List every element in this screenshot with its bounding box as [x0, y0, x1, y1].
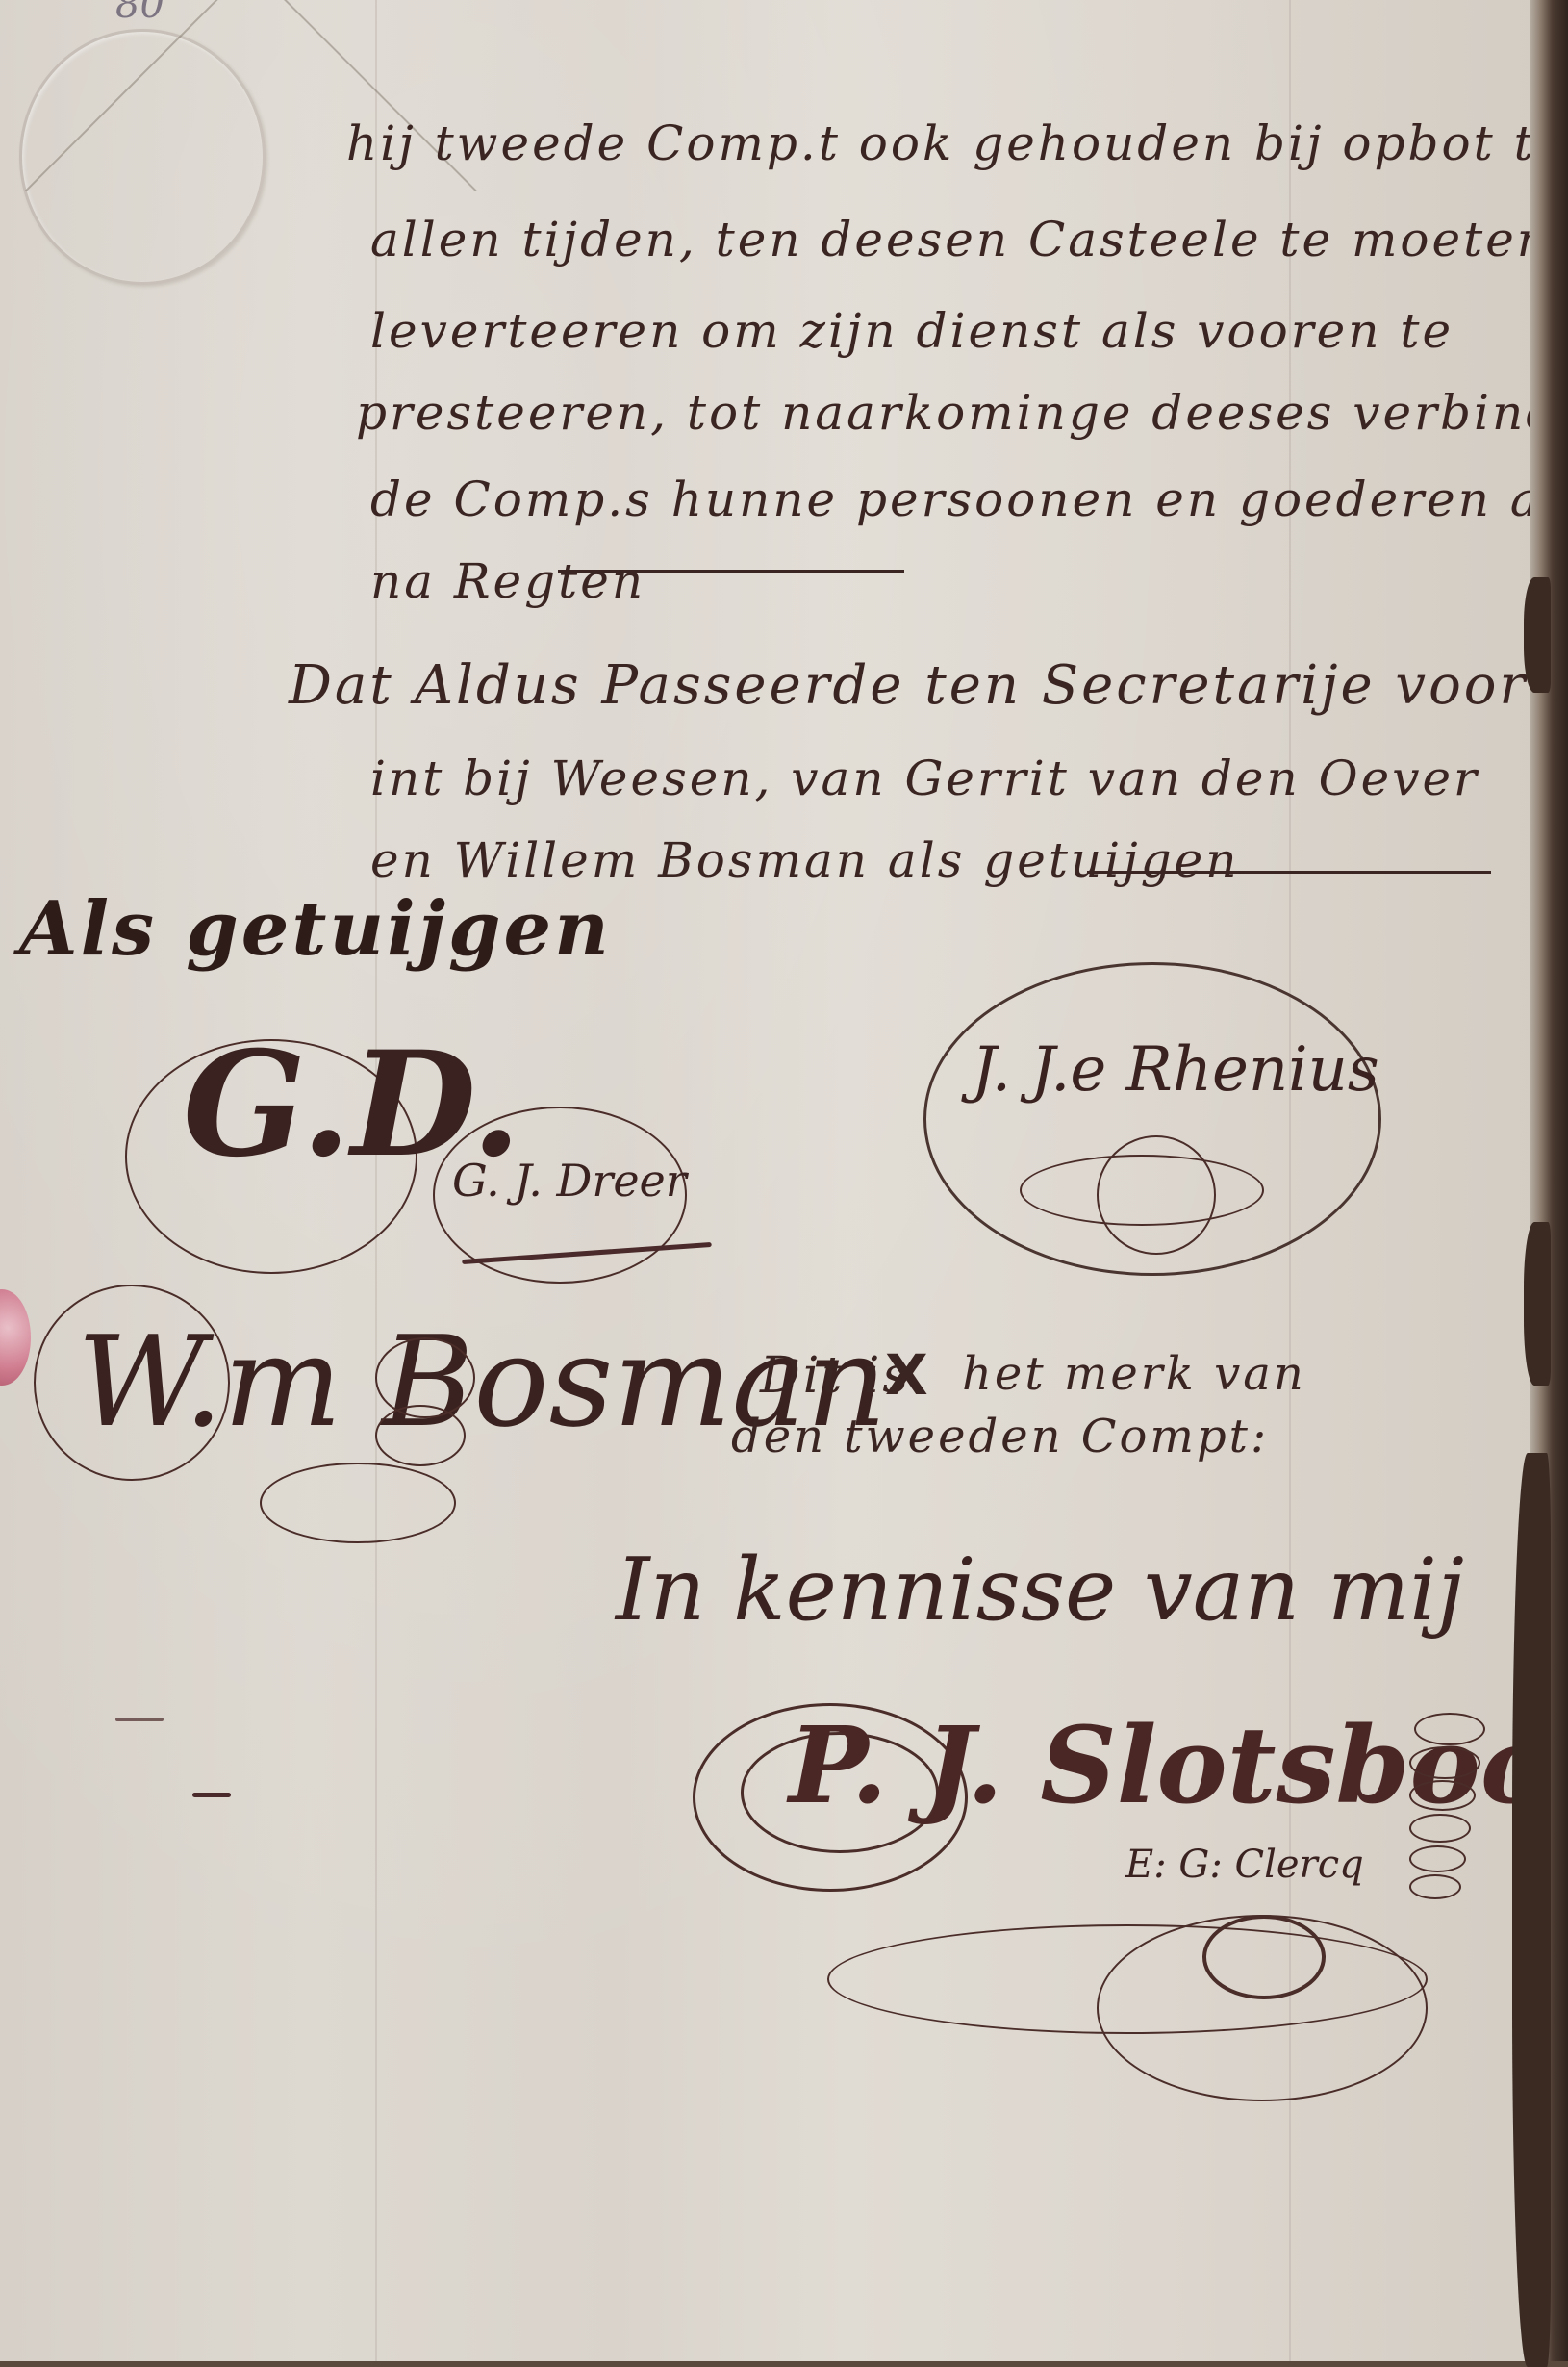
body-line-3: leverteeren om zijn dienst als vooren te [370, 303, 1454, 359]
notary-statement: In kennisse van mij [616, 1540, 1464, 1641]
body-line-2: allen tijden, ten deesen Casteele te moe… [370, 212, 1551, 267]
signature-flourish [260, 1463, 456, 1543]
mark-statement-end: het merk van [962, 1347, 1306, 1401]
signature-flourish [375, 1405, 466, 1466]
witness-heading: Als getuijgen [19, 885, 612, 973]
body-line-1: hij tweede Comp.t ook gehouden bij opbot… [346, 115, 1536, 171]
attestation-line-2: int bij Weesen, van Gerrit van den Oever [370, 751, 1479, 806]
mark-statement-line-2: den tweeden Compt: [731, 1410, 1269, 1463]
torn-edge [1524, 577, 1551, 693]
spiral-flourish [1409, 1746, 1480, 1779]
stray-pen-mark [115, 1718, 164, 1721]
signature-flourish [1202, 1915, 1326, 1999]
wax-seal-icon [0, 1289, 31, 1386]
stray-pen-mark [192, 1793, 231, 1797]
torn-edge [1524, 1222, 1551, 1386]
spiral-flourish [1409, 1874, 1461, 1899]
torn-edge [1512, 1453, 1551, 2361]
attestation-line-1: Dat Aldus Passeerde ten Secretarije voor [289, 654, 1528, 717]
spiral-flourish [1414, 1713, 1485, 1745]
line-end-rule [558, 570, 904, 573]
witness-1-signature: G. J. Dreer [452, 1155, 687, 1207]
manuscript-page: 80 hij tweede Comp.t ook gehouden bij op… [0, 0, 1539, 2361]
signature-flourish [1097, 1135, 1216, 1255]
mark-x-symbol: X [885, 1342, 931, 1408]
spiral-flourish [1409, 1814, 1471, 1843]
body-line-5: de Comp.s hunne persoonen en goederen al [370, 471, 1560, 527]
body-line-4: presteeren, tot naarkominge deeses verbi… [356, 385, 1559, 441]
attestation-line-3: en Willem Bosman als getuijgen [370, 832, 1239, 888]
spiral-flourish [1409, 1845, 1466, 1872]
notary-title: E: G: Clercq [1125, 1843, 1364, 1887]
folio-number: 80 [115, 0, 164, 27]
line-end-rule [1087, 871, 1491, 874]
body-line-6: na Regten [370, 553, 645, 609]
oval-signature: J. J.e Rhenius [972, 1034, 1379, 1106]
spiral-flourish [1409, 1780, 1476, 1811]
